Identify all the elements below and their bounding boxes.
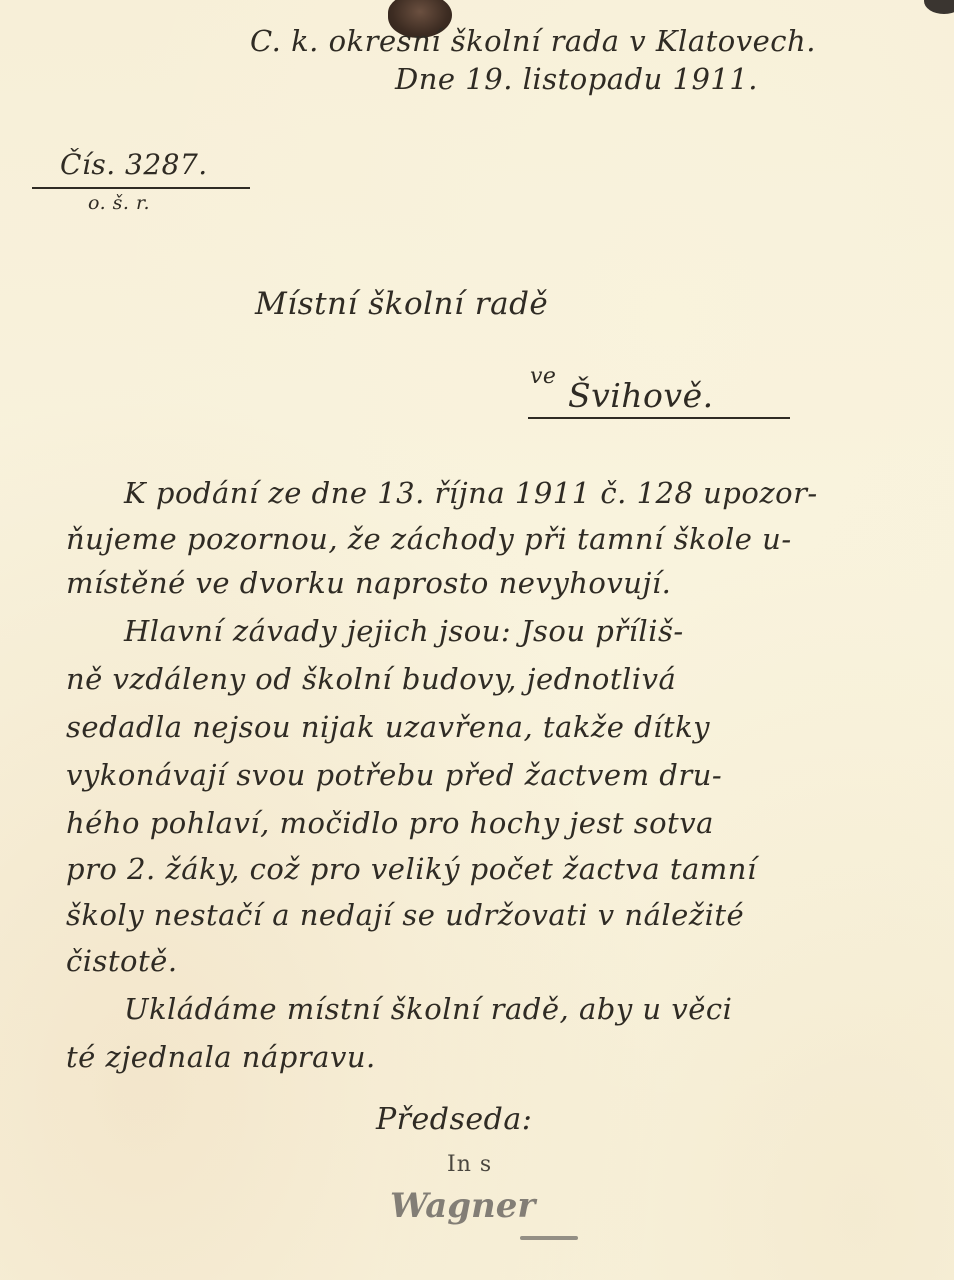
signature-flourish — [520, 1236, 578, 1240]
body-line: místěné ve dvorku naprosto nevyhovují. — [66, 566, 671, 600]
reference-underline — [32, 187, 250, 189]
body-line: vykonávají svou potřebu před žactvem dru… — [66, 758, 722, 792]
body-line: té zjednala nápravu. — [66, 1040, 376, 1074]
body-line: ně vzdáleny od školní budovy, jednotlivá — [66, 662, 676, 696]
addressee-preposition: ve — [530, 364, 556, 389]
addressee-underline — [528, 417, 790, 419]
paper-corner-damage — [924, 0, 954, 14]
body-line: hého pohlaví, močidlo pro hochy jest sot… — [66, 806, 714, 840]
issuing-authority: C. k. okresní školní rada v Klatovech. — [250, 24, 816, 58]
body-line: Hlavní závady jejich jsou: Jsou příliš- — [124, 614, 684, 648]
body-line: pro 2. žáky, což pro veliký počet žactva… — [66, 852, 757, 886]
body-line: Ukládáme místní školní radě, aby u věci — [124, 992, 732, 1026]
body-line: K podání ze dne 13. října 1911 č. 128 up… — [124, 476, 818, 510]
body-line: čistotě. — [66, 944, 178, 978]
signature-name: Wagner — [390, 1186, 535, 1226]
reference-number: Čís. 3287. — [60, 148, 208, 181]
addressee-line: Místní školní radě — [255, 286, 548, 322]
reference-subscript: o. š. r. — [88, 192, 150, 214]
body-line: sedadla nejsou nijak uzavřena, takže dít… — [66, 710, 710, 744]
signature-title: Předseda: — [376, 1102, 532, 1137]
document-date: Dne 19. listopadu 1911. — [395, 62, 758, 96]
signature-stamp: In s — [447, 1152, 492, 1177]
document-page: C. k. okresní školní rada v Klatovech. D… — [0, 0, 954, 1280]
addressee-place: Švihově. — [568, 376, 714, 415]
body-line: školy nestačí a nedají se udržovati v ná… — [66, 898, 744, 932]
body-line: ňujeme pozornou, že záchody při tamní šk… — [66, 522, 792, 556]
